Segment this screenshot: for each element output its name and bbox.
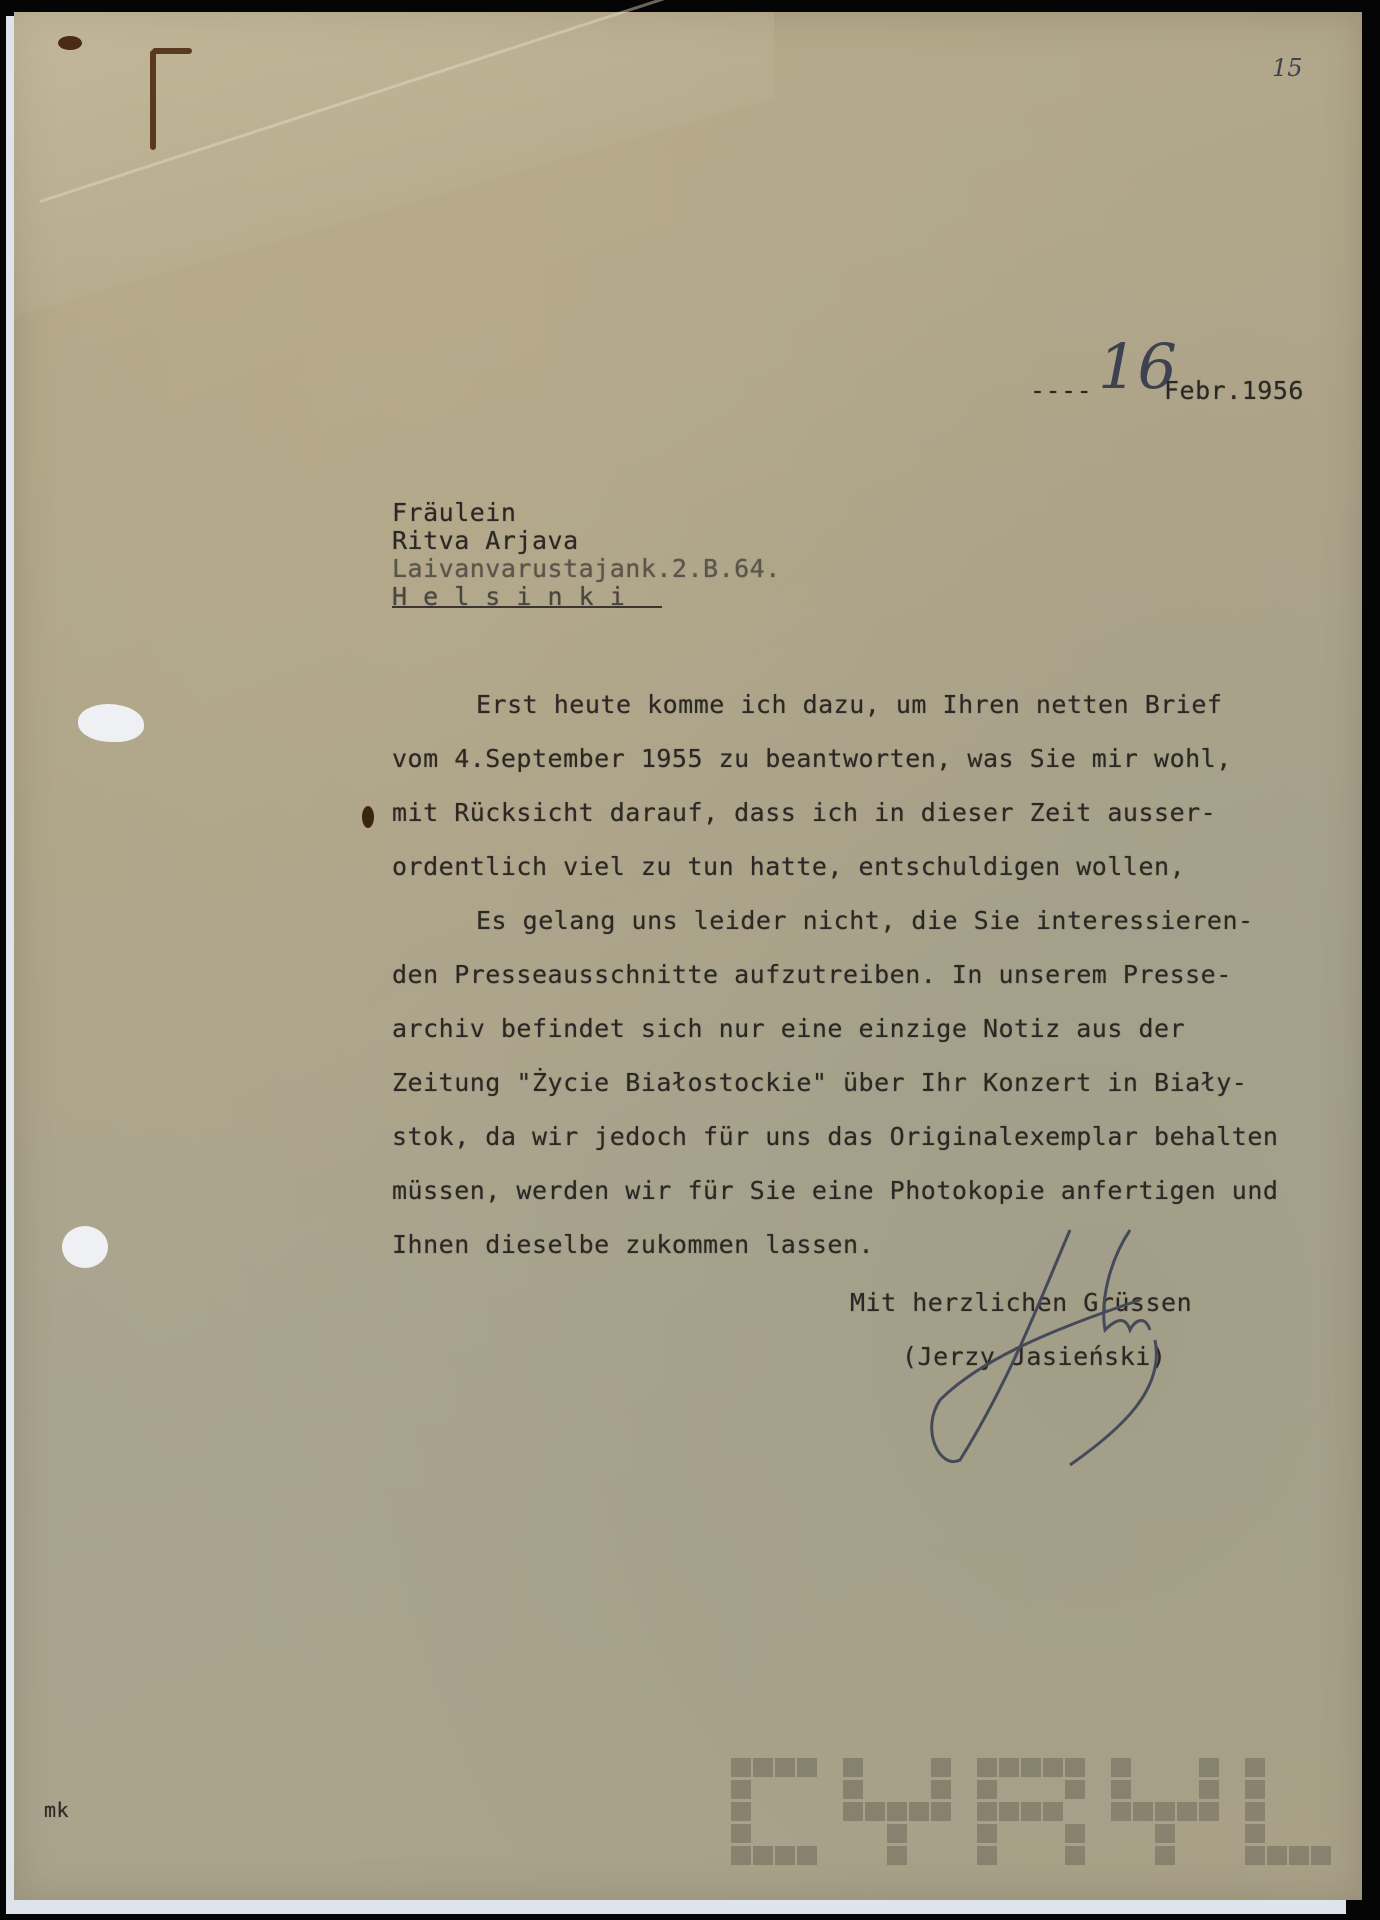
staple-mark xyxy=(152,48,192,54)
body-line: Ihnen dieselbe zukommen lassen. xyxy=(392,1230,874,1259)
body-line: stok, da wir jedoch für uns das Original… xyxy=(392,1122,1278,1151)
punch-hole xyxy=(62,1226,108,1268)
city-underline xyxy=(392,606,662,608)
recipient-name: Ritva Arjava xyxy=(392,526,579,555)
typist-initials: mk xyxy=(44,1798,69,1822)
ink-blot xyxy=(362,806,374,828)
body-line: müssen, werden wir für Sie eine Photokop… xyxy=(392,1176,1278,1205)
handwritten-signature xyxy=(900,1220,1220,1480)
rust-stain xyxy=(58,36,82,50)
body-line: Erst heute komme ich dazu, um Ihren nett… xyxy=(476,690,1222,719)
body-line: archiv befindet sich nur eine einzige No… xyxy=(392,1014,1185,1043)
body-line: Es gelang uns leider nicht, die Sie inte… xyxy=(476,906,1254,935)
date-month-year: Febr.1956 xyxy=(1164,376,1304,405)
recipient-street: Laivanvarustajank.2.B.64. xyxy=(392,554,781,583)
recipient-salutation: Fräulein xyxy=(392,498,516,527)
body-line: den Presseausschnitte aufzutreiben. In u… xyxy=(392,960,1232,989)
date-dashes: ---- xyxy=(1030,376,1092,405)
staple-mark xyxy=(150,50,156,150)
paper-crease xyxy=(14,12,774,342)
body-line: mit Rücksicht darauf, dass ich in dieser… xyxy=(392,798,1216,827)
body-line: ordentlich viel zu tun hatte, entschuldi… xyxy=(392,852,1185,881)
archive-number: 15 xyxy=(1272,54,1303,82)
body-line: vom 4.September 1955 zu beantworten, was… xyxy=(392,744,1232,773)
punch-hole xyxy=(78,704,144,742)
body-line: Zeitung "Życie Białostockie" über Ihr Ko… xyxy=(392,1068,1247,1097)
